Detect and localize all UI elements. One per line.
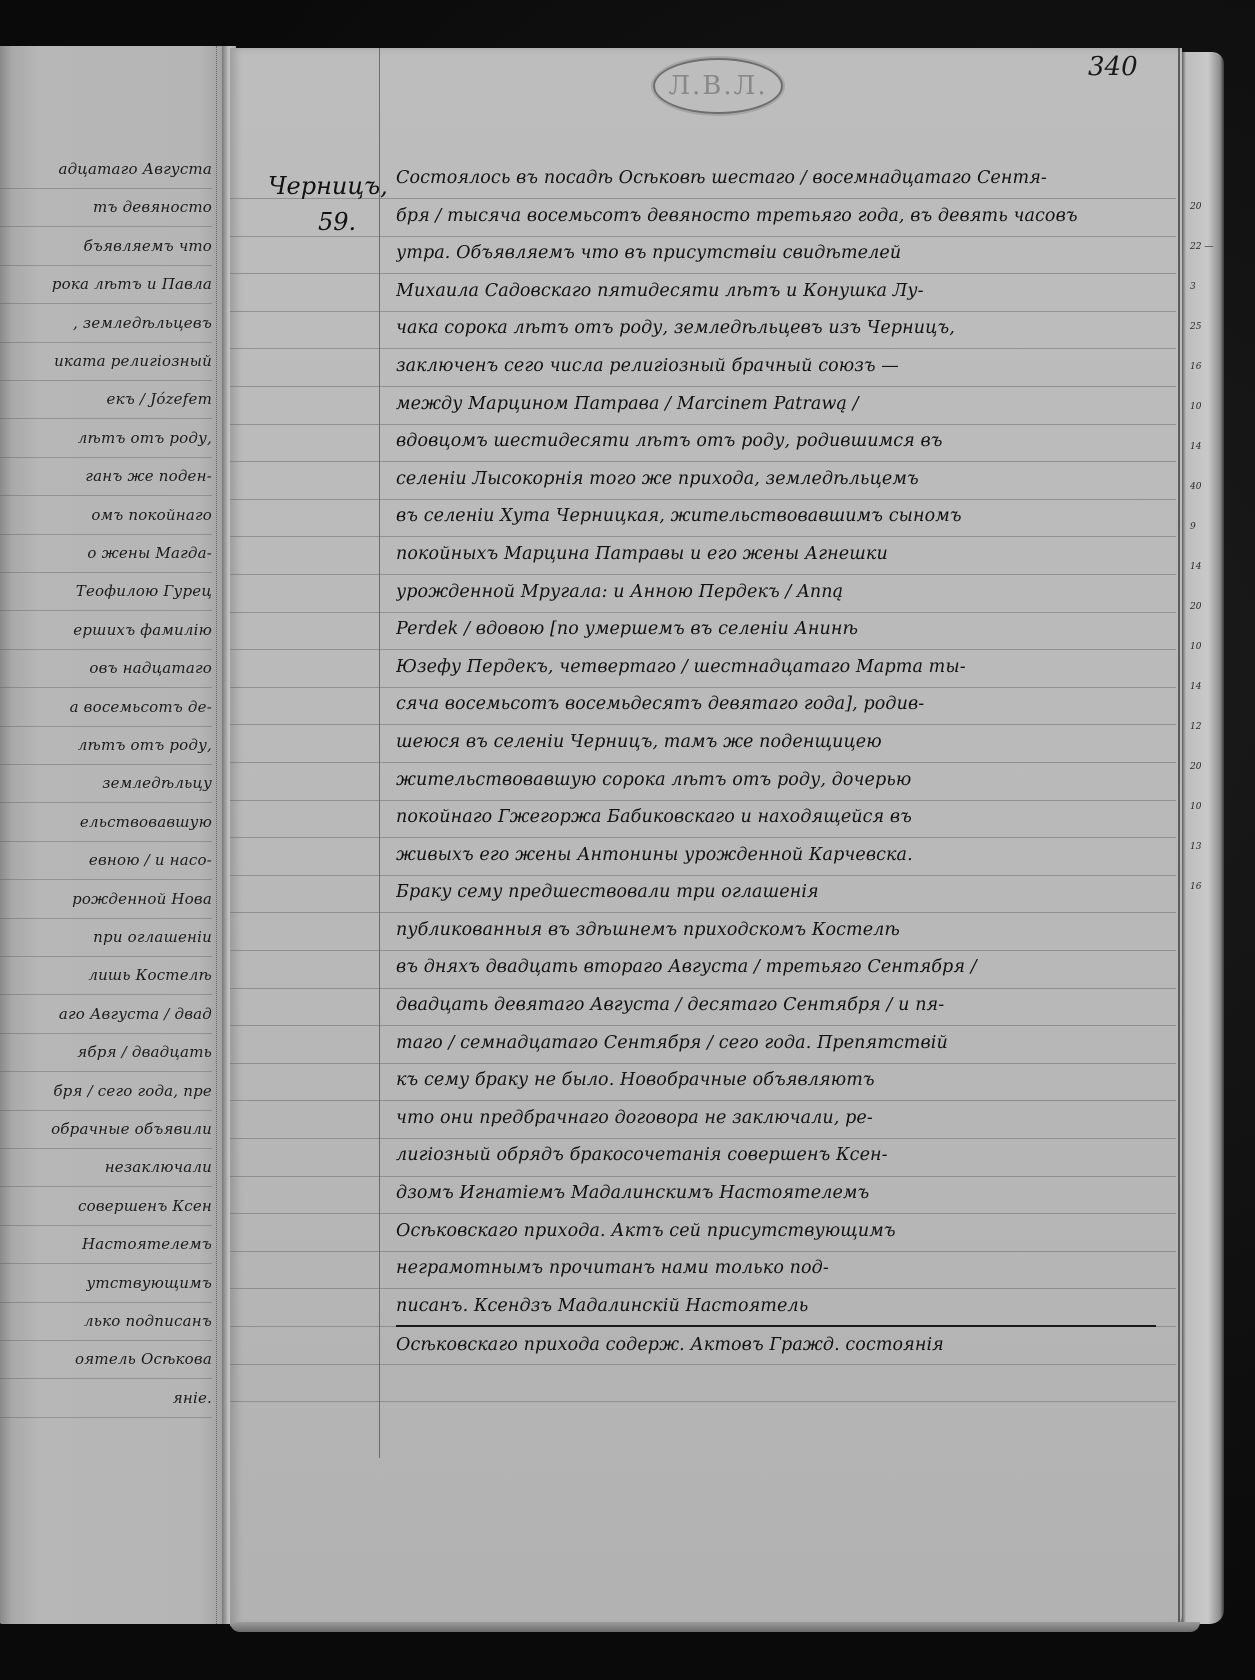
- edge-note: 16: [1190, 882, 1201, 892]
- record-line: заключенъ сего числа религіозный брачный…: [396, 348, 1156, 386]
- left-page-line: адцатаго Августа: [0, 150, 212, 189]
- page-number: 340: [1088, 52, 1138, 82]
- left-page-line: лько подписанъ: [0, 1302, 212, 1341]
- left-page-line: при оглашеніи: [0, 918, 212, 957]
- left-page-line: лѣтъ отъ роду,: [0, 419, 212, 458]
- marriage-record-text: Состоялось въ посадѣ Осѣковѣ шестаго / в…: [396, 160, 1156, 1365]
- edge-note: 3: [1190, 282, 1196, 292]
- record-line: между Марцином Патрава / Marcinem Patraw…: [396, 386, 1156, 424]
- margin-place-name: Черницъ,: [268, 172, 388, 200]
- left-page-line: ельствовавшую: [0, 803, 212, 842]
- record-line: неграмотнымъ прочитанъ нами только под-: [396, 1250, 1156, 1288]
- record-line: Браку сему предшествовали три оглашенія: [396, 874, 1156, 912]
- page-bottom-edge: [230, 1622, 1200, 1632]
- left-page-margin-rule: [216, 46, 218, 1624]
- left-page-line: бря / сего года, пре: [0, 1072, 212, 1111]
- edge-note: 12: [1190, 722, 1201, 732]
- record-line: селеніи Лысокорнія того же прихода, земл…: [396, 461, 1156, 499]
- left-page-line: , земледѣльцевъ: [0, 304, 212, 343]
- record-line: чака сорока лѣтъ отъ роду, земледѣльцевъ…: [396, 310, 1156, 348]
- left-page-line: о жены Магда-: [0, 534, 212, 573]
- record-line: Осѣковскаго прихода содерж. Актовъ Гражд…: [396, 1327, 1156, 1365]
- stamp-text: Л.В.Л.: [668, 71, 767, 101]
- left-page-line: ганъ же поден-: [0, 457, 212, 496]
- right-page-rule: [1178, 48, 1180, 1626]
- edge-note: 10: [1190, 402, 1201, 412]
- left-page-line: яніе.: [0, 1379, 212, 1418]
- record-line: утра. Объявляемъ что въ присутствіи свид…: [396, 235, 1156, 273]
- archive-stamp: Л.В.Л.: [653, 58, 783, 114]
- margin-column-rule: [379, 48, 380, 1458]
- left-page-line: рока лѣтъ и Павла: [0, 265, 212, 304]
- edge-note: 13: [1190, 842, 1201, 852]
- record-line: покойныхъ Марцина Патравы и его жены Агн…: [396, 536, 1156, 574]
- record-line: что они предбрачнаго договора не заключа…: [396, 1100, 1156, 1138]
- record-line: живыхъ его жены Антонины урожденной Карч…: [396, 837, 1156, 875]
- edge-note: 20: [1190, 762, 1201, 772]
- left-page-fragment: адцатаго Августатъ девяностобъявляемъ чт…: [0, 46, 228, 1624]
- left-page-line: тъ девяносто: [0, 188, 212, 227]
- record-line: таго / семнадцатаго Сентября / сего года…: [396, 1025, 1156, 1063]
- ruled-line: [230, 1401, 1176, 1402]
- left-page-line: утствующимъ: [0, 1264, 212, 1303]
- record-line: публикованныя въ здѣшнемъ приходскомъ Ко…: [396, 912, 1156, 950]
- record-line: Состоялось въ посадѣ Осѣковѣ шестаго / в…: [396, 160, 1156, 198]
- record-line: Михаила Садовскаго пятидесяти лѣтъ и Кон…: [396, 273, 1156, 311]
- record-line: въ селеніи Хута Черницкая, жительствовав…: [396, 498, 1156, 536]
- edge-note: 16: [1190, 362, 1201, 372]
- left-page-line: земледѣльцу: [0, 764, 212, 803]
- record-line: покойнаго Гжегоржа Бабиковскаго и находя…: [396, 799, 1156, 837]
- record-number: 59.: [318, 208, 356, 236]
- left-page-line: ершихъ фамилію: [0, 611, 212, 650]
- edge-note: 22 —: [1190, 242, 1213, 252]
- left-page-line: лишь Костелѣ: [0, 956, 212, 995]
- edge-note: 20: [1190, 602, 1201, 612]
- record-line: въ дняхъ двадцать втораго Августа / трет…: [396, 949, 1156, 987]
- left-page-line: овъ надцатаго: [0, 649, 212, 688]
- edge-note: 10: [1190, 802, 1201, 812]
- left-page-line: евною / и насо-: [0, 841, 212, 880]
- left-page-line: лѣтъ отъ роду,: [0, 726, 212, 765]
- left-page-line: рожденной Нова: [0, 880, 212, 919]
- left-page-line: бъявляемъ что: [0, 227, 212, 266]
- record-line: двадцать девятаго Августа / десятаго Сен…: [396, 987, 1156, 1025]
- record-line: лигіозный обрядъ бракосочетанія совершен…: [396, 1137, 1156, 1175]
- record-line: Perdek / вдовою [по умершемъ въ селеніи …: [396, 611, 1156, 649]
- left-page-line: Настоятелемъ: [0, 1225, 212, 1264]
- left-page-line: незаключали: [0, 1148, 212, 1187]
- record-line: урожденной Мругала: и Анною Пердекъ / An…: [396, 574, 1156, 612]
- edge-note: 20: [1190, 202, 1201, 212]
- edge-note: 14: [1190, 442, 1201, 452]
- record-line: Юзефу Пердекъ, четвертаго / шестнадцатаг…: [396, 649, 1156, 687]
- record-line: дзомъ Игнатіемъ Мадалинскимъ Настоятелем…: [396, 1175, 1156, 1213]
- record-line: шеюся въ селеніи Черницъ, тамъ же поденщ…: [396, 724, 1156, 762]
- edge-note: 14: [1190, 682, 1201, 692]
- left-page-line: омъ покойнаго: [0, 496, 212, 535]
- edge-note: 10: [1190, 642, 1201, 652]
- edge-note: 40: [1190, 482, 1201, 492]
- left-page-line: Теофилою Гурец: [0, 572, 212, 611]
- left-page-line: аго Августа / двад: [0, 995, 212, 1034]
- left-page-line: ября / двадцать: [0, 1033, 212, 1072]
- left-page-line: иката религіозный: [0, 342, 212, 381]
- record-line: сяча восемьсотъ восемьдесятъ девятаго го…: [396, 686, 1156, 724]
- record-line: вдовцомъ шестидесяти лѣтъ отъ роду, роди…: [396, 423, 1156, 461]
- edge-note: 25: [1190, 322, 1201, 332]
- record-line: жительствовавшую сорока лѣтъ отъ роду, д…: [396, 762, 1156, 800]
- left-page-line: екъ / Józefem: [0, 380, 212, 419]
- left-page-line: а восемьсотъ де-: [0, 688, 212, 727]
- signature-line: писанъ. Ксендзъ Мадалинскій Настоятель: [396, 1288, 1156, 1328]
- edge-note: 9: [1190, 522, 1196, 532]
- left-page-line: обрачные объявили: [0, 1110, 212, 1149]
- edge-note: 14: [1190, 562, 1201, 572]
- record-line: Осѣковскаго прихода. Актъ сей присутству…: [396, 1213, 1156, 1251]
- left-page-line: совершенъ Ксен: [0, 1187, 212, 1226]
- left-page-line: оятель Осѣкова: [0, 1340, 212, 1379]
- record-line: къ сему браку не было. Новобрачные объяв…: [396, 1062, 1156, 1100]
- record-line: бря / тысяча восемьсотъ девяносто третья…: [396, 198, 1156, 236]
